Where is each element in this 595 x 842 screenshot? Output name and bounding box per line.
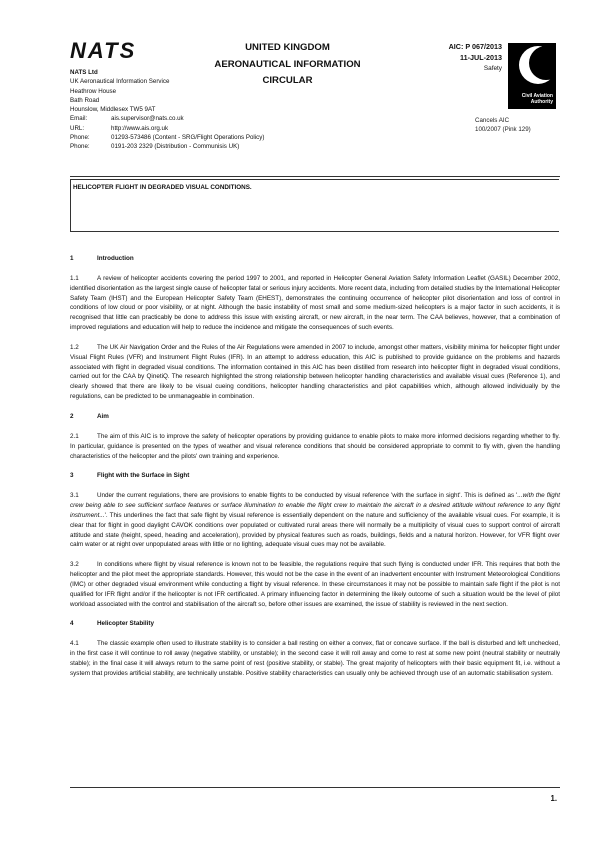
section-heading: 1Introduction — [70, 254, 560, 264]
title-line: CIRCULAR — [195, 73, 380, 88]
contact-phone-content: Phone:01293-573486 (Content - SRG/Flight… — [70, 133, 264, 142]
title-line: UNITED KINGDOM — [195, 40, 380, 55]
paragraph-number: 2.1 — [70, 432, 97, 442]
aic-category: Safety — [449, 63, 502, 74]
section-title: Aim — [97, 412, 109, 422]
paragraph: 1.1A review of helicopter accidents cove… — [70, 274, 560, 333]
section-number: 1 — [70, 254, 97, 264]
footer-divider — [70, 787, 560, 788]
subject-box: HELICOPTER FLIGHT IN DEGRADED VISUAL CON… — [70, 179, 559, 232]
section-title: Flight with the Surface in Sight — [97, 471, 189, 481]
paragraph-text: The UK Air Navigation Order and the Rule… — [70, 344, 560, 400]
paragraph-text: The aim of this AIC is to improve the sa… — [70, 433, 560, 460]
header-divider — [70, 176, 560, 177]
paragraph: 3.2In conditions where flight by visual … — [70, 560, 560, 609]
section-heading: 4Helicopter Stability — [70, 619, 560, 629]
phone-value: 01293-573486 (Content - SRG/Flight Opera… — [111, 133, 264, 142]
section-number: 2 — [70, 412, 97, 422]
caa-logo: Civil Aviation Authority — [508, 43, 556, 109]
section-number: 4 — [70, 619, 97, 629]
paragraph-number: 3.1 — [70, 491, 97, 501]
paragraph-number: 1.2 — [70, 343, 97, 353]
paragraph-number: 1.1 — [70, 274, 97, 284]
contact-email: Email:ais.supervisor@nats.co.uk — [70, 114, 264, 123]
aic-date: 11-JUL-2013 — [449, 52, 502, 63]
paragraph-number: 3.2 — [70, 560, 97, 570]
paragraph-text: '. This underlines the fact that safe fl… — [70, 512, 560, 549]
nats-logo: NATS — [70, 40, 155, 60]
contact-label: URL: — [70, 124, 111, 133]
section-title: Introduction — [97, 254, 134, 264]
caa-logo-text: Civil Aviation Authority — [522, 93, 553, 105]
cancels-line: Cancels AIC — [475, 116, 531, 125]
url-link[interactable]: http://www.ais.org.uk — [111, 124, 168, 133]
contact-label: Email: — [70, 114, 111, 123]
paragraph: 2.1The aim of this AIC is to improve the… — [70, 432, 560, 462]
cancels-line: 100/2007 (Pink 129) — [475, 125, 531, 134]
section-heading: 2Aim — [70, 412, 560, 422]
section-title: Helicopter Stability — [97, 619, 154, 629]
contact-label: Phone: — [70, 142, 111, 151]
document-body: 1Introduction 1.1A review of helicopter … — [70, 254, 560, 679]
aic-reference: AIC: P 067/2013 11-JUL-2013 Safety — [449, 41, 502, 74]
paragraph-number: 4.1 — [70, 639, 97, 649]
paragraph: 1.2The UK Air Navigation Order and the R… — [70, 343, 560, 402]
document-title: UNITED KINGDOM AERONAUTICAL INFORMATION … — [195, 40, 380, 88]
paragraph: 3.1Under the current regulations, there … — [70, 491, 560, 550]
page-number: 1. — [550, 794, 557, 803]
crescent-icon — [508, 43, 556, 89]
title-line: AERONAUTICAL INFORMATION — [195, 57, 380, 72]
email-link[interactable]: ais.supervisor@nats.co.uk — [111, 114, 184, 123]
aic-number: AIC: P 067/2013 — [449, 41, 502, 52]
address-line: Heathrow House — [70, 87, 264, 96]
cancels-note: Cancels AIC 100/2007 (Pink 129) — [475, 116, 531, 134]
caa-logo-line: Authority — [522, 99, 553, 105]
contact-phone-distribution: Phone:0191-203 2329 (Distribution - Comm… — [70, 142, 264, 151]
paragraph-text: A review of helicopter accidents coverin… — [70, 275, 560, 331]
contact-label: Phone: — [70, 133, 111, 142]
address-line: Hounslow, Middlesex TW5 9AT — [70, 105, 264, 114]
contact-url: URL:http://www.ais.org.uk — [70, 124, 264, 133]
paragraph-text: In conditions where flight by visual ref… — [70, 561, 560, 607]
subject-title: HELICOPTER FLIGHT IN DEGRADED VISUAL CON… — [73, 184, 252, 191]
paragraph-text: The classic example often used to illust… — [70, 640, 560, 677]
svg-text:NATS: NATS — [70, 40, 136, 60]
address-line: Bath Road — [70, 96, 264, 105]
section-number: 3 — [70, 471, 97, 481]
paragraph-text: Under the current regulations, there are… — [97, 492, 517, 499]
phone-value: 0191-203 2329 (Distribution - Communisis… — [111, 142, 239, 151]
section-heading: 3Flight with the Surface in Sight — [70, 471, 560, 481]
paragraph: 4.1The classic example often used to ill… — [70, 639, 560, 678]
